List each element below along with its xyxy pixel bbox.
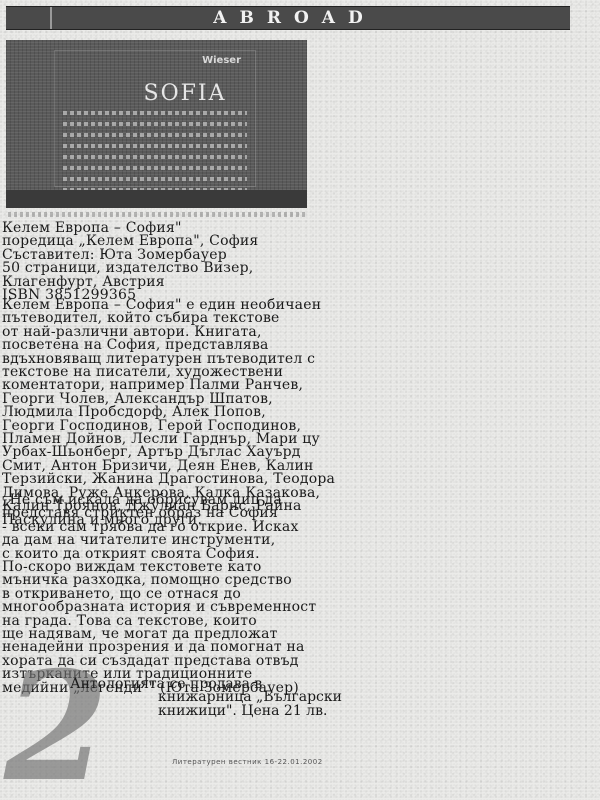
header-divider <box>50 7 52 29</box>
page-number: 2 <box>4 652 108 800</box>
section-header-bar: ABROAD <box>6 6 570 30</box>
cover-frame: Wieser SOFIA <box>54 50 256 187</box>
image-caption <box>8 212 308 217</box>
bibliography-block: Келем Европа – София" поредица „Келем Ев… <box>2 222 572 302</box>
sale-note: Антологията се продава в книжарница „Бъл… <box>0 678 560 718</box>
sale-note-line: книжици". Цена 21 лв. <box>0 705 560 718</box>
page-footer: Литературен вестник 16-22.01.2002 <box>172 758 323 766</box>
book-cover-image: Wieser SOFIA <box>6 40 307 208</box>
cover-bottom-strip <box>6 190 307 208</box>
cover-title: SOFIA <box>55 81 255 106</box>
section-title: ABROAD <box>200 8 375 28</box>
cover-publisher: Wieser <box>202 55 241 66</box>
